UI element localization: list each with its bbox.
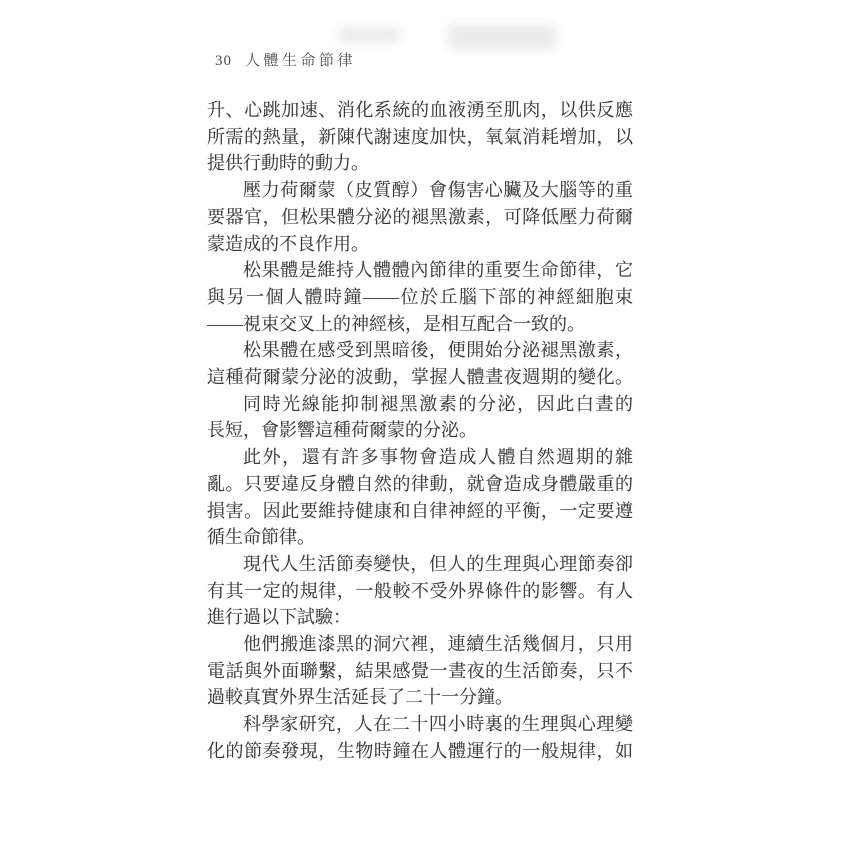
paragraph: 松果體在感受到黑暗後，便開始分泌褪黑激素， 這種荷爾蒙分泌的波動，掌握人體晝夜週… [207,337,633,390]
text-line: 壓力荷爾蒙（皮質醇）會傷害心臟及大腦等的重 [207,177,633,204]
text-line: 松果體在感受到黑暗後，便開始分泌褪黑激素， [207,337,633,364]
paragraph: 松果體是維持人體體內節律的重要生命節律，它 與另一個人體時鐘——位於丘腦下部的神… [207,257,633,337]
text-line: 長短，會影響這種荷爾蒙的分泌。 [207,417,633,444]
text-line: 現代人生活節奏變快，但人的生理與心理節奏卻 [207,551,633,578]
running-title: 人體生命節律 [245,49,356,70]
paragraph: 同時光線能抑制褪黑激素的分泌，因此白晝的 長短，會影響這種荷爾蒙的分泌。 [207,391,633,444]
paragraph: 升、心跳加速、消化系統的血液湧至肌肉，以供反應 所需的熱量，新陳代謝速度加快，氧… [207,97,633,177]
text-line: ——視束交叉上的神經核，是相互配合一致的。 [207,311,633,338]
text-line: 松果體是維持人體體內節律的重要生命節律，它 [207,257,633,284]
text-line: 升、心跳加速、消化系統的血液湧至肌肉，以供反應 [207,97,633,124]
text-line: 蒙造成的不良作用。 [207,231,633,258]
scan-ghosting-artifact [448,24,556,50]
text-line: 循生命節律。 [207,524,633,551]
page-number: 30 [215,53,232,70]
paragraph: 壓力荷爾蒙（皮質醇）會傷害心臟及大腦等的重 要器官，但松果體分泌的褪黑激素，可降… [207,177,633,257]
text-line: 他們搬進漆黑的洞穴裡，連續生活幾個月，只用 [207,631,633,658]
text-line: 損害。因此要維持健康和自律神經的平衡，一定要遵 [207,498,633,525]
text-line: 要器官，但松果體分泌的褪黑激素，可降低壓力荷爾 [207,204,633,231]
text-line: 電話與外面聯繫，結果感覺一晝夜的生活節奏，只不 [207,658,633,685]
text-line: 所需的熱量，新陳代謝速度加快，氧氣消耗增加，以 [207,124,633,151]
paragraph: 現代人生活節奏變快，但人的生理與心理節奏卻 有其一定的規律，一般較不受外界條件的… [207,551,633,631]
text-line: 科學家研究，人在二十四小時裏的生理與心理變 [207,711,633,738]
paragraph: 此外，還有許多事物會造成人體自然週期的雜 亂。只要違反身體自然的律動，就會造成身… [207,444,633,551]
running-header: 30人體生命節律 [215,49,356,70]
scan-ghosting-artifact [338,27,400,43]
text-line: 與另一個人體時鐘——位於丘腦下部的神經細胞束 [207,284,633,311]
paragraph: 他們搬進漆黑的洞穴裡，連續生活幾個月，只用 電話與外面聯繫，結果感覺一晝夜的生活… [207,631,633,711]
text-line: 提供行動時的動力。 [207,150,633,177]
text-line: 有其一定的規律，一般較不受外界條件的影響。有人 [207,578,633,605]
text-line: 這種荷爾蒙分泌的波動，掌握人體晝夜週期的變化。 [207,364,633,391]
text-line: 同時光線能抑制褪黑激素的分泌，因此白晝的 [207,391,633,418]
body-text: 升、心跳加速、消化系統的血液湧至肌肉，以供反應 所需的熱量，新陳代謝速度加快，氧… [207,97,633,765]
text-line: 化的節奏發現，生物時鐘在人體運行的一般規律，如 [207,738,633,765]
paragraph: 科學家研究，人在二十四小時裏的生理與心理變 化的節奏發現，生物時鐘在人體運行的一… [207,711,633,764]
text-line: 此外，還有許多事物會造成人體自然週期的雜 [207,444,633,471]
book-page: 30人體生命節律 升、心跳加速、消化系統的血液湧至肌肉，以供反應 所需的熱量，新… [0,0,850,850]
text-line: 進行過以下試驗： [207,604,633,631]
text-line: 過較真實外界生活延長了二十一分鐘。 [207,684,633,711]
text-line: 亂。只要違反身體自然的律動，就會造成身體嚴重的 [207,471,633,498]
